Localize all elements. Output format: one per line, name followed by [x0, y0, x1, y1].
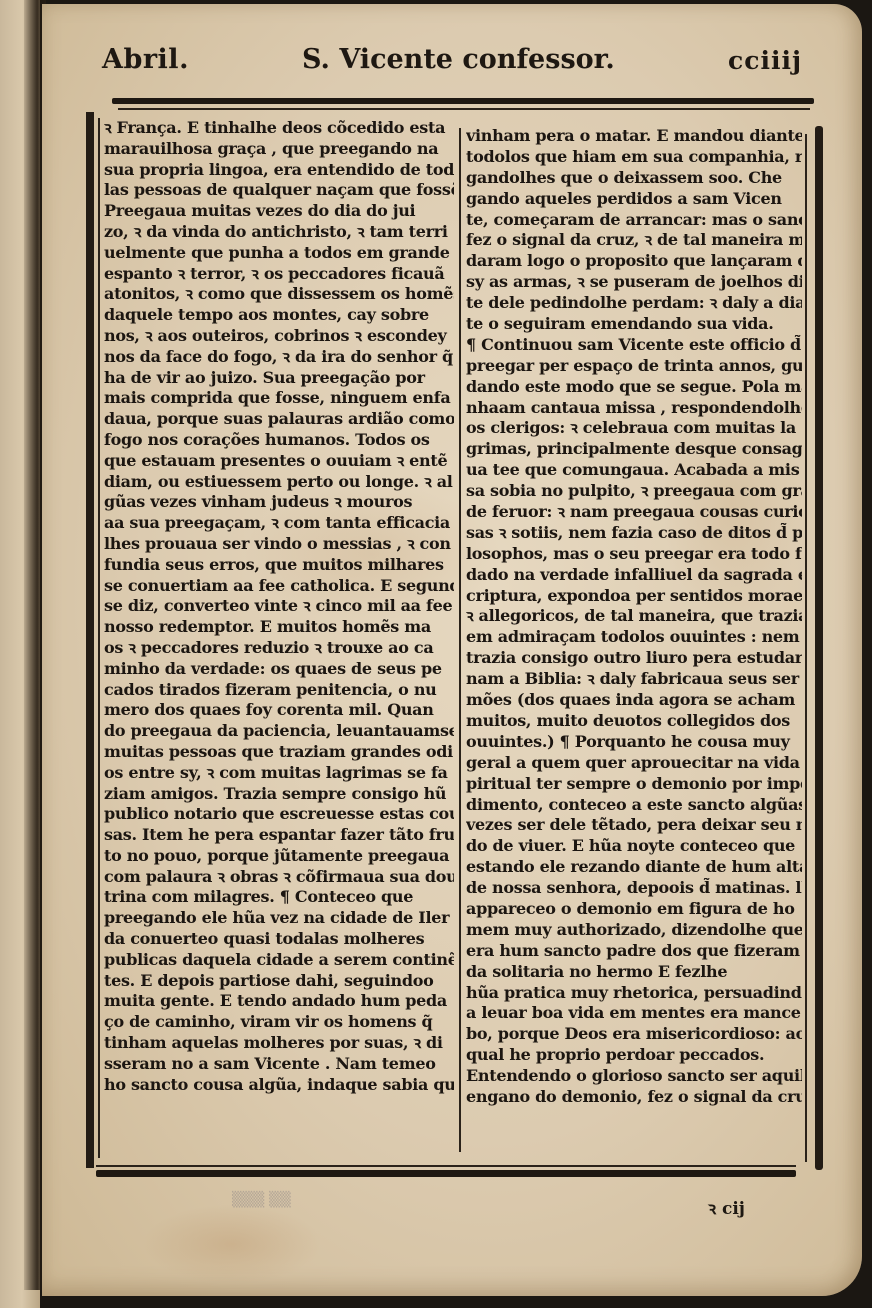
- text-line: com palaura ꝛ obras ꝛ cõfirmaua sua dou: [104, 867, 454, 888]
- text-line: dado na verdade infalliuel da sagrada es: [466, 565, 802, 586]
- text-line: fundia seus erros, que muitos milhares: [104, 555, 454, 576]
- text-line: tes. E depois partiose dahi, seguindoo: [104, 971, 454, 992]
- text-line: ziam amigos. Trazia sempre consigo hũ: [104, 784, 454, 805]
- text-line: cados tirados fizeram penitencia, o nu: [104, 680, 454, 701]
- signature-mark: ꝛ cij: [708, 1196, 745, 1219]
- text-line: se conuertiam aa fee catholica. E segund…: [104, 576, 454, 597]
- text-line: piritual ter sempre o demonio por impe: [466, 774, 802, 795]
- text-line: ouuintes.) ¶ Porquanto he cousa muy: [466, 732, 802, 753]
- text-line: to no pouo, porque jũtamente preegaua: [104, 846, 454, 867]
- text-line: muita gente. E tendo andado hum peda: [104, 991, 454, 1012]
- text-line: mais comprida que fosse, ninguem enfa: [104, 388, 454, 409]
- text-line: a leuar boa vida em mentes era mance: [466, 1003, 802, 1024]
- text-line: em admiraçam todolos ouuintes : nem: [466, 627, 802, 648]
- text-line: dando este modo que se segue. Pola ma: [466, 377, 802, 398]
- text-column-right: vinham pera o matar. E mandou diantetodo…: [466, 126, 802, 1108]
- text-line: nos da face do fogo, ꝛ da ira do senhor …: [104, 347, 454, 368]
- text-line: qual he proprio perdoar peccados.: [466, 1045, 802, 1066]
- text-line: muitos, muito deuotos collegidos dos: [466, 711, 802, 732]
- text-line: ha de vir ao juizo. Sua preegação por: [104, 368, 454, 389]
- text-line: las pessoas de qualquer naçam que fossẽ.: [104, 180, 454, 201]
- text-line: gando aqueles perdidos a sam Vicen: [466, 189, 802, 210]
- text-line: da conuerteo quasi todalas molheres: [104, 929, 454, 950]
- text-line: te o seguiram emendando sua vida.: [466, 314, 802, 335]
- text-line: marauilhosa graça , que preegando na: [104, 139, 454, 160]
- text-line: estando ele rezando diante de hum altar: [466, 857, 802, 878]
- text-line: os clerigos: ꝛ celebraua com muitas la: [466, 418, 802, 439]
- text-line: publicas daquela cidade a serem continẽ: [104, 950, 454, 971]
- bottom-rule: [96, 1170, 796, 1177]
- text-line: te, começaram de arrancar: mas o sancto: [466, 210, 802, 231]
- running-head: Abril. S. Vicente confessor. cciiij: [102, 44, 802, 84]
- text-line: do preegaua da paciencia, leuantauamse: [104, 721, 454, 742]
- text-line: ꝛ allegoricos, de tal maneira, que trazi…: [466, 606, 802, 627]
- text-line: gũas vezes vinham judeus ꝛ mouros: [104, 492, 454, 513]
- text-line: aa sua preegaçam, ꝛ com tanta efficacia: [104, 513, 454, 534]
- text-line: daquele tempo aos montes, cay sobre: [104, 305, 454, 326]
- bottom-rule-thin: [96, 1165, 796, 1167]
- text-line: daua, porque suas palauras ardião como: [104, 409, 454, 430]
- right-frame-border-thin: [805, 134, 807, 1162]
- text-line: do de viuer. E hũa noyte conteceo que: [466, 836, 802, 857]
- text-line: grimas, principalmente desque consagra: [466, 439, 802, 460]
- right-frame-border: [815, 126, 823, 1170]
- text-line: de feruor: ꝛ nam preegaua cousas curio: [466, 502, 802, 523]
- text-line: losophos, mas o seu preegar era todo fũ: [466, 544, 802, 565]
- text-line: nos, ꝛ aos outeiros, cobrinos ꝛ escondey: [104, 326, 454, 347]
- text-line: sas. Item he pera espantar fazer tãto fr…: [104, 825, 454, 846]
- text-line: sas ꝛ sotiis, nem fazia caso de ditos d̃…: [466, 523, 802, 544]
- text-line: uelmente que punha a todos em grande: [104, 243, 454, 264]
- text-column-left: ꝛ França. E tinhalhe deos cõcedido estam…: [104, 118, 454, 1095]
- text-line: ¶ Continuou sam Vicente este officio d̃: [466, 335, 802, 356]
- text-line: da solitaria no hermo E fezlhe: [466, 962, 802, 983]
- text-line: zo, ꝛ da vinda do antichristo, ꝛ tam ter…: [104, 222, 454, 243]
- column-divider: [459, 128, 461, 1152]
- text-line: fez o signal da cruz, ꝛ de tal maneira m…: [466, 230, 802, 251]
- text-line: lhes prouaua ser vindo o messias , ꝛ con: [104, 534, 454, 555]
- text-line: fogo nos corações humanos. Todos os: [104, 430, 454, 451]
- text-line: geral a quem quer aprouecitar na vida es: [466, 753, 802, 774]
- text-line: dimento, conteceo a este sancto algũas: [466, 795, 802, 816]
- text-line: muitas pessoas que traziam grandes odi: [104, 742, 454, 763]
- water-stain: [142, 1204, 322, 1284]
- text-line: mões (dos quaes inda agora se acham: [466, 690, 802, 711]
- text-line: que estauam presentes o ouuiam ꝛ entẽ: [104, 451, 454, 472]
- text-line: diam, ou estiuessem perto ou longe. ꝛ al: [104, 472, 454, 493]
- text-line: publico notario que escreuesse estas cou: [104, 804, 454, 825]
- text-line: preegando ele hũa vez na cidade de Iler: [104, 908, 454, 929]
- text-line: engano do demonio, fez o signal da cruz,: [466, 1087, 802, 1108]
- text-line: nam a Biblia: ꝛ daly fabricaua seus ser: [466, 669, 802, 690]
- text-line: mero dos quaes foy corenta mil. Quan: [104, 700, 454, 721]
- text-line: Preegaua muitas vezes do dia do jui: [104, 201, 454, 222]
- text-line: vinham pera o matar. E mandou diante: [466, 126, 802, 147]
- text-line: preegar per espaço de trinta annos, guar: [466, 356, 802, 377]
- text-line: appareceo o demonio em figura de ho: [466, 899, 802, 920]
- text-line: daram logo o proposito que lançaram d̃: [466, 251, 802, 272]
- text-line: bo, porque Deos era misericordioso: ao: [466, 1024, 802, 1045]
- text-line: se diz, converteo vinte ꝛ cinco mil aa f…: [104, 596, 454, 617]
- text-line: sy as armas, ꝛ se puseram de joelhos diã: [466, 272, 802, 293]
- text-line: espanto ꝛ terror, ꝛ os peccadores ficauã: [104, 264, 454, 285]
- text-line: nhaam cantaua missa , respondendolhe: [466, 398, 802, 419]
- text-line: vezes ser dele tẽtado, pera deixar seu m…: [466, 815, 802, 836]
- text-line: ua tee que comungaua. Acabada a mis: [466, 460, 802, 481]
- text-line: os entre sy, ꝛ com muitas lagrimas se fa: [104, 763, 454, 784]
- text-line: trazia consigo outro liuro pera estudar …: [466, 648, 802, 669]
- text-line: criptura, expondoa per sentidos moraes: [466, 586, 802, 607]
- text-line: ho sancto cousa algũa, indaque sabia que: [104, 1075, 454, 1096]
- text-line: minho da verdade: os quaes de seus pe: [104, 659, 454, 680]
- left-frame-border: [86, 112, 94, 1168]
- text-line: atonitos, ꝛ como que dissessem os homẽs: [104, 284, 454, 305]
- text-line: gandolhes que o deixassem soo. Che: [466, 168, 802, 189]
- left-frame-border-thin: [98, 118, 100, 1158]
- top-rule-thin: [118, 108, 810, 110]
- running-head-title: S. Vicente confessor.: [302, 44, 615, 75]
- text-line: ço de caminho, viram vir os homens q̃: [104, 1012, 454, 1033]
- text-line: hũa pratica muy rhetorica, persuadindoo: [466, 983, 802, 1004]
- folio-number: cciiij: [728, 46, 802, 75]
- text-line: de nossa senhora, depoois d̃ matinas. lh…: [466, 878, 802, 899]
- text-line: sa sobia no pulpito, ꝛ preegaua com gran: [466, 481, 802, 502]
- text-line: mem muy authorizado, dizendolhe que: [466, 920, 802, 941]
- text-line: nosso redemptor. E muitos homẽs ma: [104, 617, 454, 638]
- running-head-month: Abril.: [102, 44, 189, 75]
- text-line: era hum sancto padre dos que fizeram vi: [466, 941, 802, 962]
- text-line: sua propria lingoa, era entendido de tod…: [104, 160, 454, 181]
- text-line: todolos que hiam em sua companhia, ro: [466, 147, 802, 168]
- show-through-text: ▒▒▒ ▒▒: [232, 1192, 291, 1208]
- text-line: tinham aquelas molheres por suas, ꝛ di: [104, 1033, 454, 1054]
- text-line: ꝛ França. E tinhalhe deos cõcedido esta: [104, 118, 454, 139]
- text-line: Entendendo o glorioso sancto ser aquilo: [466, 1066, 802, 1087]
- text-line: trina com milagres. ¶ Conteceo que: [104, 887, 454, 908]
- top-rule: [112, 98, 814, 104]
- text-line: te dele pedindolhe perdam: ꝛ daly a dian: [466, 293, 802, 314]
- text-line: sseram no a sam Vicente . Nam temeo: [104, 1054, 454, 1075]
- text-line: os ꝛ peccadores reduzio ꝛ trouxe ao ca: [104, 638, 454, 659]
